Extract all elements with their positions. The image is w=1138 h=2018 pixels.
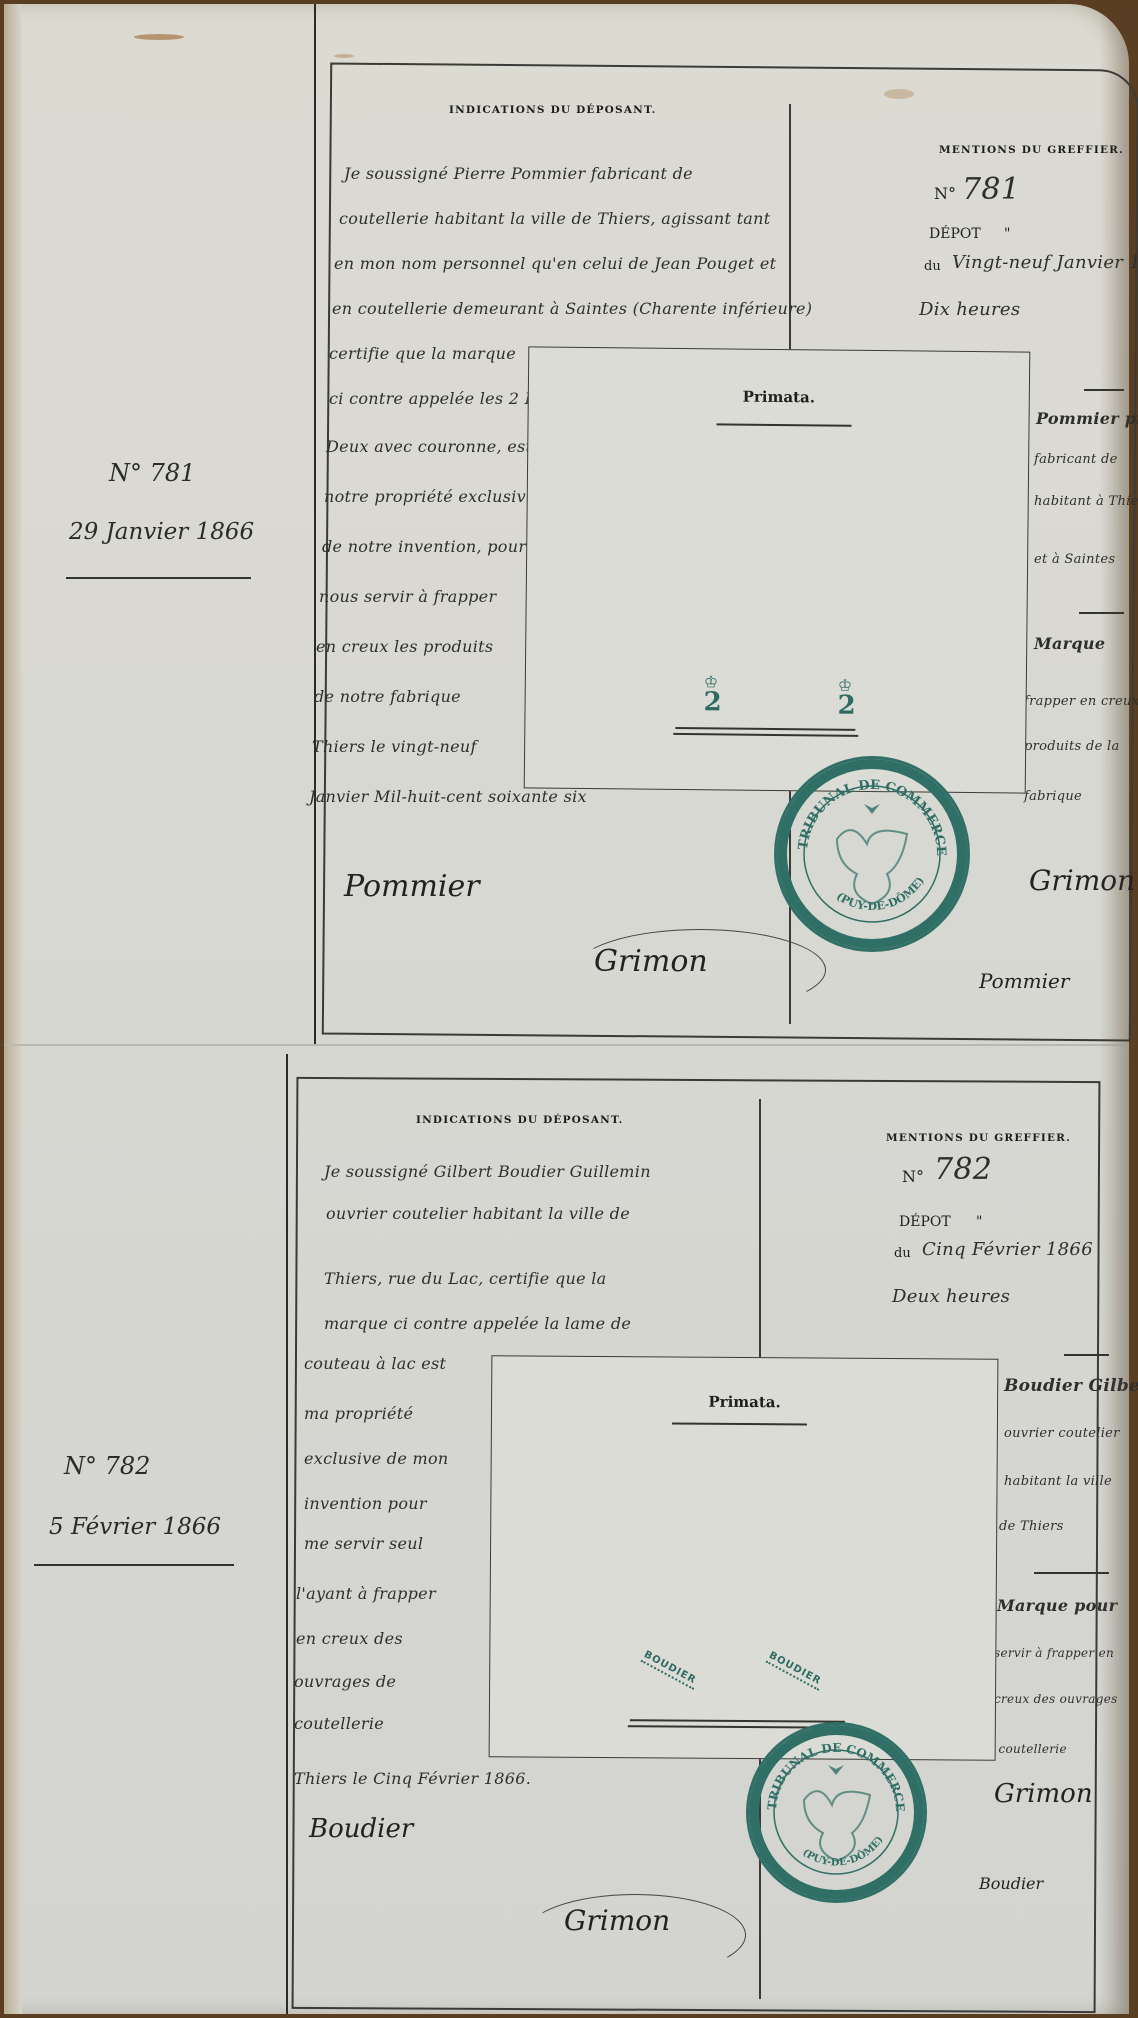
deposant-line: ouvrages de — [294, 1672, 396, 1691]
title-underline — [672, 1422, 807, 1424]
deposant-line: certifie que la marque — [329, 344, 516, 363]
greffier-note: fabrique — [1024, 789, 1082, 804]
double-rule — [630, 1719, 845, 1723]
deposant-line: ci contre appelée les 2 P — [329, 389, 536, 408]
eagle-icon: TRIBUNAL DE COMMERCE DE THIERS (PUY-DE-D… — [749, 1725, 924, 1900]
margin-underline — [34, 1564, 234, 1566]
deposant-line: invention pour — [304, 1494, 427, 1513]
greffier-note: Marque — [1034, 634, 1105, 653]
deposant-line: Je soussigné Pierre Pommier fabricant de — [344, 164, 693, 183]
depositor-countersignature: Pommier — [979, 969, 1069, 993]
deposant-line: Janvier Mil-huit-cent soixante six — [309, 787, 587, 806]
depot-label: DÉPOT — [929, 226, 981, 242]
page-join — [4, 1044, 1129, 1046]
deposant-heading: INDICATIONS DU DÉPOSANT. — [449, 104, 656, 116]
rust-stain — [334, 54, 354, 58]
deposant-line: Je soussigné Gilbert Boudier Guillemin — [324, 1162, 651, 1181]
deposant-line: coutellerie habitant la ville de Thiers,… — [339, 209, 770, 228]
stamp-text: BOUDIER — [767, 1650, 823, 1687]
rust-stain — [134, 34, 184, 40]
deposant-line: en coutellerie demeurant à Saintes (Char… — [332, 299, 812, 318]
double-rule — [675, 727, 855, 731]
deposant-line: nous servir à frapper — [319, 587, 496, 606]
stamp-text: BOUDIER — [642, 1649, 698, 1686]
book-spine — [4, 4, 22, 2014]
svg-text:TRIBUNAL DE COMMERCE DE THIERS: TRIBUNAL DE COMMERCE DE THIERS — [777, 759, 948, 856]
margin-underline — [66, 577, 251, 579]
page-curl-shadow — [1099, 4, 1129, 2014]
mark-title: Primata. — [529, 385, 1029, 408]
svg-text:(PUY-DE-DÔME): (PUY-DE-DÔME) — [800, 1835, 885, 1869]
deposant-line: en creux des — [296, 1629, 403, 1648]
greffier-heading: MENTIONS DU GREFFIER. — [886, 1132, 1071, 1144]
register-page: N° 781 29 Janvier 1866 INDICATIONS DU DÉ… — [4, 4, 1129, 2014]
signature-flourish — [574, 929, 826, 1011]
deposant-line: l'ayant à frapper — [296, 1584, 436, 1603]
stamp-mark: 2 — [697, 687, 727, 717]
deposant-signature: Pommier — [344, 869, 480, 904]
deposant-line: en creux les produits — [316, 637, 493, 656]
deposant-line: notre propriété exclusive — [324, 487, 536, 506]
boudier-stamp: BOUDIER — [641, 1649, 700, 1690]
deposit-date: Cinq Février 1866 — [922, 1239, 1093, 1260]
margin-number: N° 781 — [109, 459, 195, 487]
mark-title: Primata. — [492, 1391, 997, 1413]
deposant-line: de notre fabrique — [314, 687, 461, 706]
margin-date: 5 Février 1866 — [49, 1514, 221, 1540]
deposit-number: 782 — [934, 1152, 992, 1187]
deposant-line: couteau à lac est — [304, 1354, 446, 1373]
deposit-number: 781 — [962, 172, 1020, 207]
deposant-signature: Boudier — [309, 1814, 413, 1844]
deposant-heading: INDICATIONS DU DÉPOSANT. — [416, 1114, 623, 1126]
svg-text:(PUY-DE-DÔME): (PUY-DE-DÔME) — [834, 874, 927, 913]
depot-mark: " — [1004, 226, 1010, 242]
number-label: N° — [934, 184, 956, 203]
margin-number: N° 782 — [64, 1452, 150, 1480]
trademark-box: Primata. ♔ 2 ♔ 2 — [524, 346, 1031, 793]
margin-date: 29 Janvier 1866 — [69, 519, 254, 545]
margin-rule — [314, 4, 316, 1044]
title-underline — [717, 423, 852, 426]
eagle-icon: TRIBUNAL DE COMMERCE DE THIERS (PUY-DE-D… — [777, 759, 967, 949]
trademark-box: Primata. BOUDIER BOUDIER — [489, 1355, 999, 1761]
du-label: du — [894, 1246, 911, 1261]
greffier-heading: MENTIONS DU GREFFIER. — [939, 144, 1124, 156]
du-label: du — [924, 259, 941, 274]
section-rule — [1034, 1572, 1109, 1574]
depot-label: DÉPOT — [899, 1214, 951, 1230]
deposant-line: exclusive de mon — [304, 1449, 449, 1468]
boudier-stamp: BOUDIER — [765, 1650, 824, 1691]
greffier-note: habitant la ville — [1004, 1474, 1112, 1489]
number-label: N° — [902, 1167, 924, 1186]
signature-flourish — [524, 1894, 746, 1976]
margin-rule — [286, 1054, 288, 2014]
stamp-mark: 2 — [831, 691, 861, 721]
deposant-line: de notre invention, pour — [322, 537, 526, 556]
deposant-line: Thiers le Cinq Février 1866. — [294, 1769, 531, 1788]
deposant-line: coutellerie — [294, 1714, 384, 1733]
deposant-line: marque ci contre appelée la lame de — [324, 1314, 631, 1333]
greffier-note: de Thiers — [999, 1519, 1064, 1534]
deposant-line: me servir seul — [304, 1534, 423, 1553]
deposant-line: Deux avec couronne, est — [326, 437, 532, 456]
deposant-line: en mon nom personnel qu'en celui de Jean… — [334, 254, 776, 273]
deposant-line: Thiers le vingt-neuf — [312, 737, 477, 756]
greffier-signature: Grimon — [994, 1779, 1093, 1809]
deposit-time: Deux heures — [892, 1286, 1010, 1307]
depositor-countersignature: Boudier — [979, 1874, 1043, 1893]
deposant-line: Thiers, rue du Lac, certifie que la — [324, 1269, 607, 1288]
double-rule — [673, 733, 858, 737]
greffier-note: servir à frapper en — [994, 1646, 1114, 1660]
deposit-time: Dix heures — [919, 299, 1020, 320]
depot-mark: " — [976, 1214, 982, 1230]
tribunal-seal: TRIBUNAL DE COMMERCE DE THIERS (PUY-DE-D… — [746, 1722, 927, 1903]
tribunal-seal: TRIBUNAL DE COMMERCE DE THIERS (PUY-DE-D… — [774, 756, 970, 952]
deposant-line: ma propriété — [304, 1404, 413, 1423]
deposant-line: ouvrier coutelier habitant la ville de — [326, 1204, 630, 1223]
